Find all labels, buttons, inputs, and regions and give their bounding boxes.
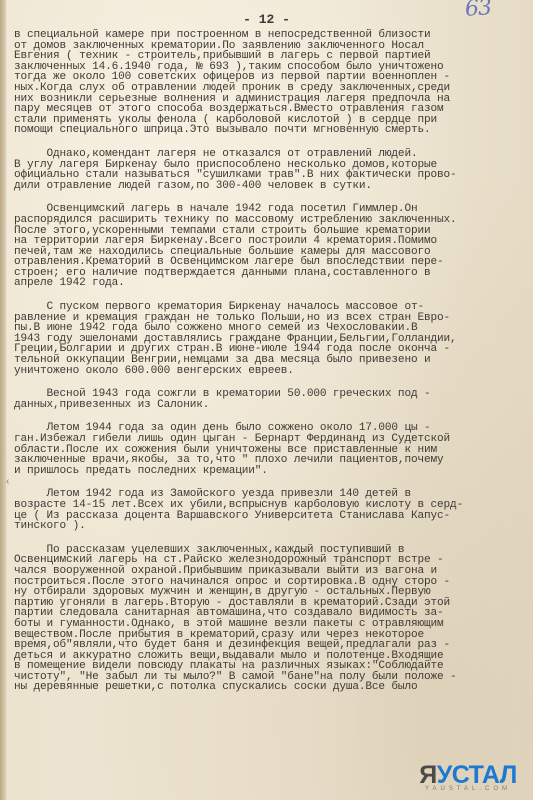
text-line: ны деревянные решетки,с потолка спускали… (14, 682, 529, 693)
text-line: боты и гуманности.Однако, в этой машине … (14, 619, 529, 630)
text-line: дили отравление людей газом,по 300-400 ч… (14, 181, 529, 192)
paragraph: По рассказам уцелевших заключенных,кажды… (14, 545, 529, 693)
text-line: ных.Когда слух об отравлении людей прони… (14, 83, 529, 94)
watermark: ЯУСТАЛ YAUSTAL.COM (409, 764, 527, 792)
text-line: распорядился расширить технику по массов… (14, 215, 529, 226)
text-line: возрасте 14-15 лет.Всех их убили,вспрысн… (14, 500, 529, 511)
text-line: помощи специального шприца.Это вызывало … (14, 125, 529, 136)
watermark-logo: ЯУСТАЛ (409, 764, 527, 786)
paragraph: Летом 1944 года за один день было сожжен… (14, 423, 529, 476)
text-line: уничтожено около 600.000 венгерских евре… (14, 366, 529, 377)
text-line: данных,привезенных из Салоник. (14, 400, 529, 411)
text-line: апреле 1942 года. (14, 278, 529, 289)
text-line: чался вооруженной охраной.Прибывшим прик… (14, 566, 529, 577)
page-number: - 12 - (0, 12, 533, 27)
paragraph: Летом 1942 года из Замойского уезда прив… (14, 489, 529, 531)
text-line: в специальной камере при построенном в н… (14, 30, 529, 41)
watermark-logo-main: УСТАЛ (437, 761, 517, 789)
paragraph: С пуском первого крематория Биркенау нач… (14, 302, 529, 376)
margin-mark: ‹ (6, 476, 9, 487)
text-line: ган.Избежал гибели лишь один цыган - Бер… (14, 434, 529, 445)
text-line: це ( Из рассказа доцента Варшавского Уни… (14, 511, 529, 522)
document-page: 63 - 12 - в специальной камере при постр… (0, 0, 533, 800)
paragraph: Однако,комендант лагеря не отказался от … (14, 149, 529, 191)
watermark-logo-prefix: Я (419, 761, 436, 789)
text-line: тинского ). (14, 521, 529, 532)
text-line: Однако,комендант лагеря не отказался от … (14, 149, 529, 160)
paragraph: Весной 1943 года сожгли в крематории 50.… (14, 389, 529, 410)
paragraph: Освенцимский лагерь в начале 1942 года п… (14, 204, 529, 289)
paragraph: в специальной камере при построенном в н… (14, 30, 529, 136)
watermark-url: YAUSTAL.COM (409, 786, 527, 792)
document-body: в специальной камере при построенном в н… (14, 30, 529, 706)
text-line: и пришлось предать последних кремации". (14, 466, 529, 477)
page-left-edge (0, 0, 6, 800)
